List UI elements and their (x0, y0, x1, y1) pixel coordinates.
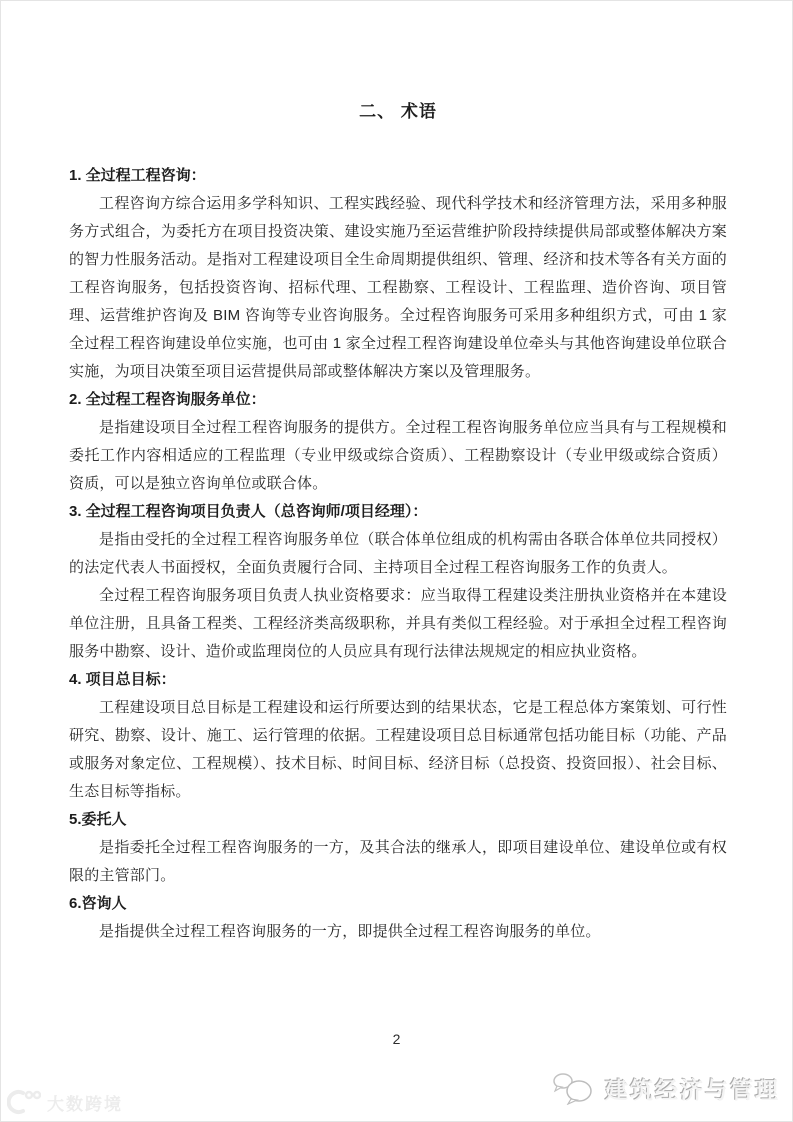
section-paragraph: 是指委托全过程工程咨询服务的一方，及其合法的继承人，即项目建设单位、建设单位或有… (69, 834, 727, 890)
document-content: 二、 术语 1. 全过程工程咨询： 工程咨询方综合运用多学科知识、工程实践经验、… (69, 97, 727, 946)
watermark-bottom-left: 大数跨境 (7, 1089, 123, 1115)
section-term-1: 1. 全过程工程咨询： 工程咨询方综合运用多学科知识、工程实践经验、现代科学技术… (69, 162, 727, 386)
watermark-text: 建筑经济与管理 (605, 1072, 780, 1105)
chat-bubbles-icon (551, 1071, 595, 1105)
section-heading: 4. 项目总目标： (69, 666, 727, 694)
section-paragraph: 是指由受托的全过程工程咨询服务单位（联合体单位组成的机构需由各联合体单位共同授权… (69, 526, 727, 582)
section-paragraph: 全过程工程咨询服务项目负责人执业资格要求：应当取得工程建设类注册执业资格并在本建… (69, 582, 727, 666)
section-paragraph: 是指提供全过程工程咨询服务的一方，即提供全过程工程咨询服务的单位。 (69, 918, 727, 946)
section-heading: 5.委托人 (69, 806, 727, 834)
section-heading: 2. 全过程工程咨询服务单位： (69, 386, 727, 414)
section-term-4: 4. 项目总目标： 工程建设项目总目标是工程建设和运行所要达到的结果状态，它是工… (69, 666, 727, 806)
watermark-bottom-right: 建筑经济与管理 (551, 1071, 780, 1105)
watermark-text: 大数跨境 (47, 1090, 123, 1115)
section-term-2: 2. 全过程工程咨询服务单位： 是指建设项目全过程工程咨询服务的提供方。全过程工… (69, 386, 727, 498)
section-paragraph: 工程咨询方综合运用多学科知识、工程实践经验、现代科学技术和经济管理方法，采用多种… (69, 190, 727, 386)
section-heading: 3. 全过程工程咨询项目负责人（总咨询师/项目经理）： (69, 498, 727, 526)
section-term-5: 5.委托人 是指委托全过程工程咨询服务的一方，及其合法的继承人，即项目建设单位、… (69, 806, 727, 890)
section-heading: 1. 全过程工程咨询： (69, 162, 727, 190)
section-paragraph: 是指建设项目全过程工程咨询服务的提供方。全过程工程咨询服务单位应当具有与工程规模… (69, 414, 727, 498)
document-page: 二、 术语 1. 全过程工程咨询： 工程咨询方综合运用多学科知识、工程实践经验、… (0, 0, 793, 1122)
section-term-6: 6.咨询人 是指提供全过程工程咨询服务的一方，即提供全过程工程咨询服务的单位。 (69, 890, 727, 946)
section-term-3: 3. 全过程工程咨询项目负责人（总咨询师/项目经理）： 是指由受托的全过程工程咨… (69, 498, 727, 666)
page-title: 二、 术语 (69, 97, 727, 122)
section-paragraph: 工程建设项目总目标是工程建设和运行所要达到的结果状态，它是工程总体方案策划、可行… (69, 694, 727, 806)
section-heading: 6.咨询人 (69, 890, 727, 918)
page-number: 2 (1, 1031, 792, 1047)
dashu-logo-icon (7, 1089, 41, 1115)
